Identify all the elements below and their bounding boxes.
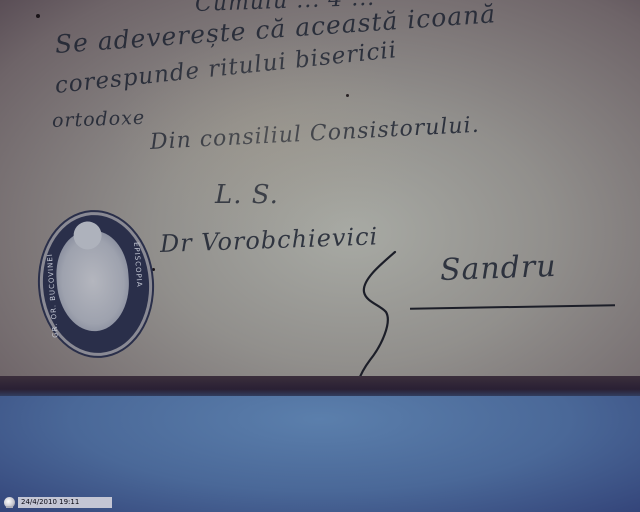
webcam-icon — [4, 497, 15, 508]
handwritten-signature: Sandru — [439, 249, 557, 288]
ink-spot — [152, 268, 155, 271]
seal-coat-of-arms-icon — [53, 229, 132, 334]
ink-spot — [36, 14, 40, 18]
handwritten-line-5: L. S. — [215, 180, 279, 210]
handwritten-line-1: Se adeverește că această icoană — [54, 0, 497, 59]
signature-underline — [410, 304, 615, 310]
timestamp-label: 24/4/2010 19:11 — [18, 497, 112, 508]
desk-surface — [0, 396, 640, 512]
seal-crown-icon — [73, 221, 103, 251]
handwritten-line-3: ortodoxe — [52, 107, 146, 132]
webcam-overlay: 24/4/2010 19:11 — [4, 496, 112, 508]
document-paper: Cumulu ... 4 ... Se adeverește că aceast… — [0, 0, 640, 388]
seal-text-left: GR. OR. BUCOVINEI — [46, 253, 60, 338]
handwritten-line-0: Cumulu ... 4 ... — [195, 0, 376, 17]
seal-text-right: EPISCOPIA — [132, 242, 143, 288]
seal-stamp: EPISCOPIA GR. OR. BUCOVINEI — [35, 208, 157, 359]
signature-flourish-icon — [350, 250, 410, 385]
ink-spot — [346, 94, 349, 97]
paper-edge-shadow — [0, 376, 640, 398]
handwritten-line-2: corespunde ritului bisericii — [54, 37, 399, 99]
handwritten-line-4: Din consiliul Consistorului. — [149, 113, 480, 155]
handwritten-signature-name: Dr Vorobchievici — [160, 222, 379, 258]
